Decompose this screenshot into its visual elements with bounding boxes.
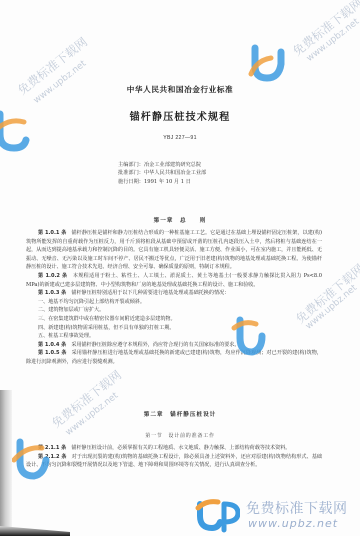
watermark-site-name: 免费标准下载网	[289, 0, 360, 59]
chapter-2-title: 第二章 锚杆静压桩设计	[0, 410, 360, 418]
watermark-site-name: 免费标准下载网	[48, 366, 125, 431]
list-item: 二、建筑物加层或厂房扩大。	[26, 306, 322, 315]
list-item: 三、在密集建筑群中或在精密仪器车间附近建造多层建筑物。	[26, 315, 322, 324]
document-code: YBJ 227—91	[0, 135, 360, 141]
meta-effective-date: 施行日期：1991 年 10 月 1 日	[118, 178, 206, 186]
article-2-1-1: 第 2.1.1 条 锚杆静压桩设计前，必须掌握有关的工程地质、水文地质、静力触探…	[26, 444, 322, 453]
watermark-bottom-right-logo: 免费标准下载网 www.upbz.net	[190, 494, 360, 536]
meta-editor: 主编部门：冶金工业部建筑研究总院	[118, 161, 206, 169]
document-page: 中华人民共和国冶金行业标准 锚杆静压桩技术规程 YBJ 227—91 主编部门：…	[0, 0, 360, 536]
article-1-0-1: 第 1.0.1 条 锚杆静压桩是锚杆和静力压桩结合形成的一种桩基施工工艺。它是通…	[26, 229, 322, 272]
article-1-0-4: 第 1.0.4 条 采用锚杆静压桩除应遵守本规程外，尚应符合现行的有关国家标准的…	[26, 341, 322, 350]
up-logo-icon	[247, 40, 287, 86]
up-logo-icon	[194, 496, 240, 534]
watermark-url: www.upbz.net	[305, 17, 360, 64]
watermark-url: www.upbz.net	[248, 517, 338, 530]
list-item: 五、桩基工程事故处理。	[26, 332, 322, 341]
list-item: 一、地基不均匀沉降引起上部结构开裂或倾斜。	[26, 298, 322, 307]
article-2-1-2: 第 2.1.2 条 对于出现沉裂的建(构)筑物的基础托换工程设计，除必须具备上述…	[26, 453, 322, 470]
document-title: 锚杆静压桩技术规程	[0, 108, 360, 123]
chapter-2-body: 第 2.1.1 条 锚杆静压桩设计前，必须掌握有关的工程地质、水文地质、静力触探…	[26, 444, 322, 470]
watermark-top-right: 免费标准下载网 www.upbz.net	[245, 0, 360, 90]
watermark-url: www.upbz.net	[32, 59, 88, 106]
document-meta: 主编部门：冶金工业部建筑研究总院 批准部门：中华人民共和国冶金工业部 施行日期：…	[118, 161, 206, 186]
page-corner-shadow	[0, 526, 70, 536]
article-1-0-3: 第 1.0.3 条 锚杆静压桩特别适用于以下几种需要进行地基处理或基础托换的情况…	[26, 289, 322, 298]
meta-approver: 批准部门：中华人民共和国冶金工业部	[118, 169, 206, 177]
article-1-0-2: 第 1.0.2 条 本规程适用于粉土、粘性土、人工填土、淤泥质土、黄土等地基土(…	[26, 272, 322, 289]
standard-organization: 中华人民共和国冶金行业标准	[0, 84, 360, 95]
chapter-1-title: 第一章 总 则	[0, 216, 360, 224]
section-1-title: 第一节 设计前的准备工作	[0, 432, 360, 439]
watermark-site-name: 免费标准下载网	[246, 498, 348, 518]
list-item: 四、新建建(构)筑物需采用桩基，但不具有单独的打桩工期。	[26, 324, 322, 333]
article-1-0-5: 第 1.0.5 条 采用锚杆静压桩进行地基处理或基础托换的新建或已建建(构)筑物…	[26, 349, 322, 366]
chapter-1-body: 第 1.0.1 条 锚杆静压桩是锚杆和静力压桩结合形成的一种桩基施工工艺。它是通…	[26, 229, 322, 367]
